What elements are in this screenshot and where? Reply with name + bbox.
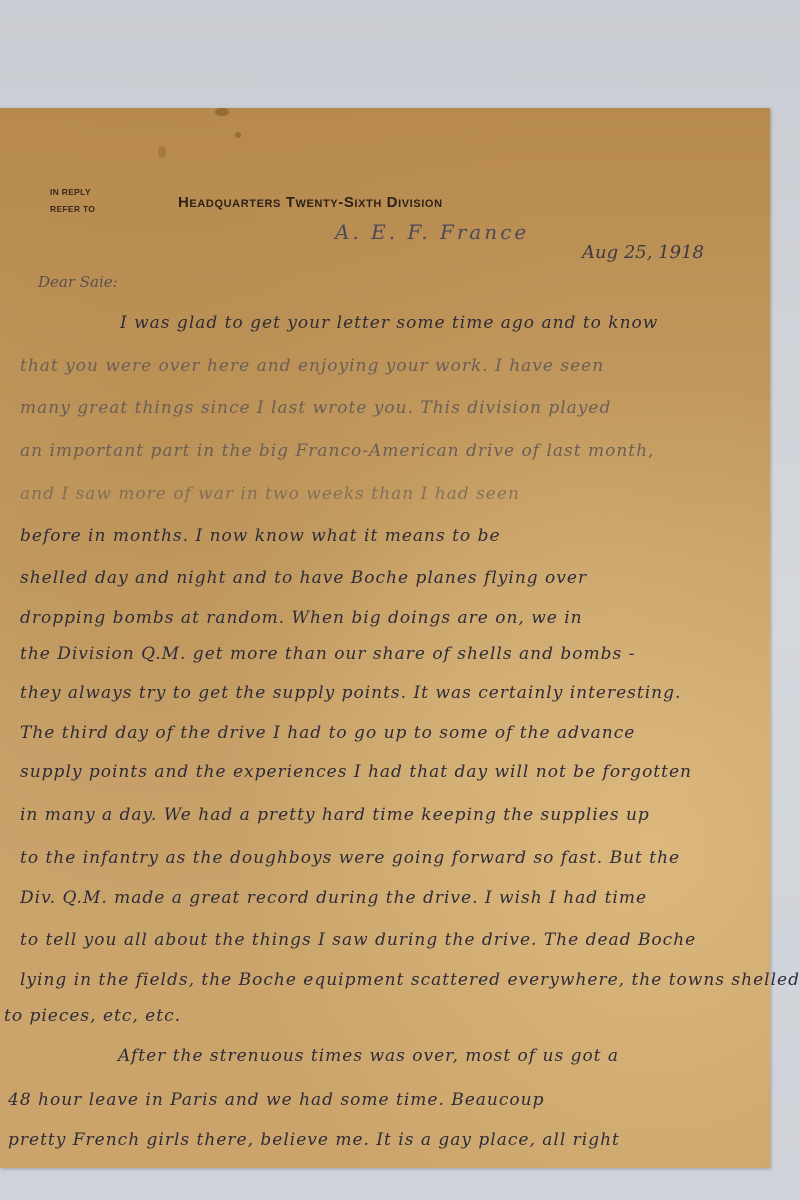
ink-stain (215, 108, 229, 116)
letter-line: pretty French girls there, believe me. I… (8, 1130, 753, 1150)
letter-line: an important part in the big Franco-Amer… (20, 441, 765, 461)
letter-line: to tell you all about the things I saw d… (20, 930, 765, 950)
reply-line-2: REFER TO (50, 201, 95, 218)
letter-line: and I saw more of war in two weeks than … (20, 484, 765, 504)
letter-line: dropping bombs at random. When big doing… (20, 608, 765, 628)
letter-paper: IN REPLY REFER TO Headquarters Twenty-Si… (0, 108, 770, 1168)
letter-line: that you were over here and enjoying you… (20, 356, 765, 376)
letter-line: lying in the fields, the Boche equipment… (20, 970, 765, 990)
letterhead-title: Headquarters Twenty-Sixth Division (178, 194, 443, 211)
letter-place: A. E. F. France (335, 220, 529, 244)
letter-line: the Division Q.M. get more than our shar… (20, 644, 765, 664)
letter-date: Aug 25, 1918 (582, 242, 704, 263)
reply-reference: IN REPLY REFER TO (50, 184, 95, 218)
letter-line: I was glad to get your letter some time … (120, 313, 800, 333)
letter-line: many great things since I last wrote you… (20, 398, 765, 418)
letter-line: in many a day. We had a pretty hard time… (20, 805, 765, 825)
ink-stain (158, 146, 166, 158)
letter-line: to pieces, etc, etc. (4, 1006, 749, 1026)
letter-salutation: Dear Saie: (38, 273, 118, 291)
ink-stain (235, 132, 241, 138)
letter-line: 48 hour leave in Paris and we had some t… (8, 1090, 753, 1110)
letter-line: The third day of the drive I had to go u… (20, 723, 765, 743)
reply-line-1: IN REPLY (50, 184, 95, 201)
letter-line: before in months. I now know what it mea… (20, 526, 765, 546)
letter-line: Div. Q.M. made a great record during the… (20, 888, 765, 908)
letter-line: shelled day and night and to have Boche … (20, 568, 765, 588)
letter-line: to the infantry as the doughboys were go… (20, 848, 765, 868)
letter-line: supply points and the experiences I had … (20, 762, 765, 782)
letter-line: they always try to get the supply points… (20, 683, 765, 703)
letter-line: After the strenuous times was over, most… (118, 1046, 800, 1066)
